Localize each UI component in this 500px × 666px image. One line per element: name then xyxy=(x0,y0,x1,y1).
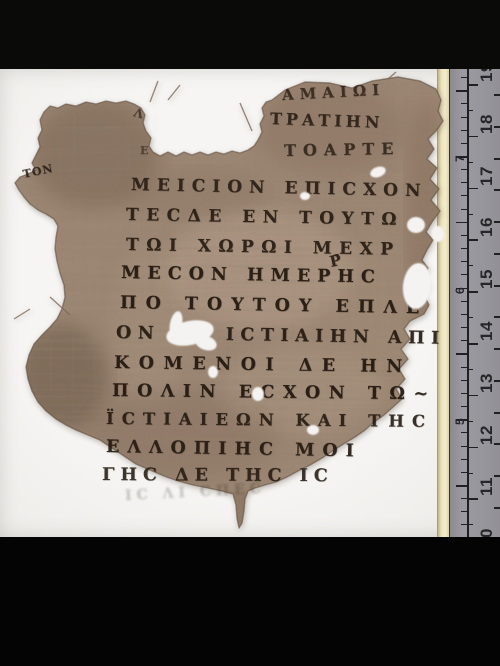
black-mat-top xyxy=(0,0,500,69)
photograph-of-papyrus-with-ruler: 19181716151413121110765 xyxy=(0,0,500,666)
black-mat-bottom xyxy=(0,537,500,666)
papyrus-holes xyxy=(0,69,500,537)
photo-area: 19181716151413121110765 xyxy=(0,69,500,537)
